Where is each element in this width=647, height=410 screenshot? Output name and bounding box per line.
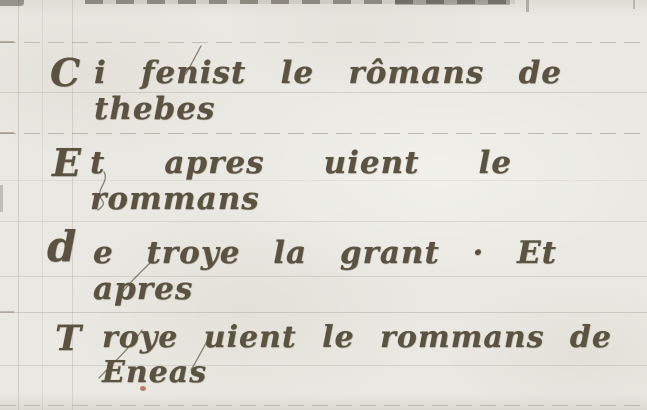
- manuscript-page: C i fenist le rômans de thebes E t apres…: [0, 0, 647, 410]
- page-edge-artifact: [526, 0, 529, 12]
- line-text: e troye la grant · Et apres: [93, 235, 557, 307]
- ruling-line-horizontal: [0, 405, 647, 406]
- ruling-line-horizontal: [0, 133, 647, 134]
- ruling-line-horizontal: [0, 312, 647, 313]
- page-edge-artifact: [0, 185, 3, 212]
- initial-letter: d: [47, 222, 77, 271]
- ruling-tick: [0, 311, 14, 313]
- initial-letter: T: [55, 318, 82, 359]
- line-text: t apres uient le rommans: [90, 145, 512, 217]
- ruling-line-horizontal: [0, 221, 647, 222]
- line-text: i fenist le rômans de thebes: [94, 55, 562, 127]
- ruling-line-horizontal: [0, 42, 647, 43]
- red-speck: [140, 386, 146, 391]
- initial-letter: C: [50, 50, 81, 95]
- ruling-tick: [0, 41, 14, 43]
- line-text: roye uient le rommans de Eneas: [102, 320, 612, 390]
- ruling-line-vertical: [42, 0, 43, 410]
- page-edge-artifact: [395, 0, 510, 5]
- page-edge-artifact: [633, 0, 635, 9]
- page-edge-artifact: [0, 0, 24, 6]
- initial-letter: E: [52, 140, 82, 185]
- ruling-tick: [0, 132, 14, 134]
- ruling-line-vertical: [18, 0, 19, 410]
